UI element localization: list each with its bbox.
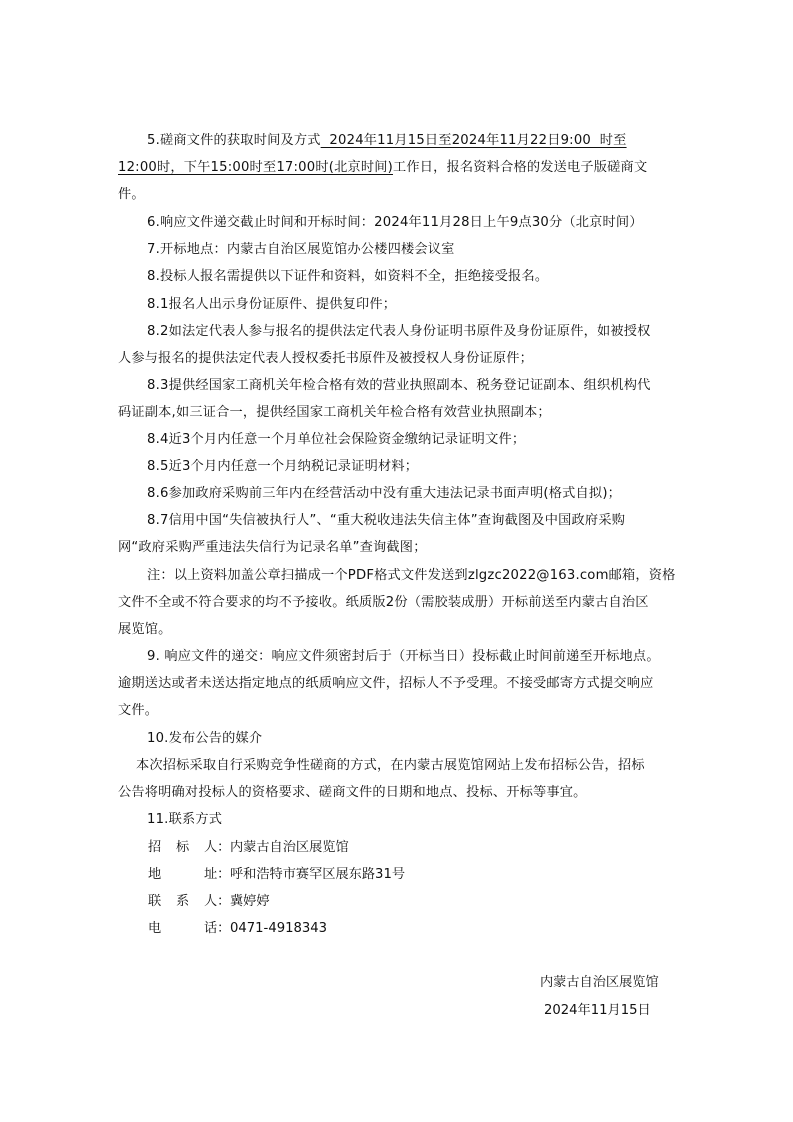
section-11-heading: 11.联系方式 (147, 810, 707, 830)
section-5-line-2: 12:00时，下午15:00时至17:00时(北京时间)工作日，报名资料合格的发… (118, 158, 678, 178)
contact-row-phone: 电话：0471-4918343 (148, 919, 327, 939)
section-8-5: 8.5近3个月内任意一个月纳税记录证明材料； (147, 457, 707, 477)
section-10-line-1: 本次招标采取自行采购竞争性磋商的方式，在内蒙古展览馆网站上发布招标公告，招标 (136, 756, 696, 776)
contact-label: 招标人： (148, 838, 230, 858)
section-5-line-3: 件。 (118, 185, 678, 205)
document-page: 5.磋商文件的获取时间及方式 2024年11月15日至2024年11月22日9:… (0, 0, 793, 1122)
section-5-underlined-times: 12:00时，下午15:00时至17:00时(北京时间) (118, 160, 393, 175)
section-5-rest: 工作日，报名资料合格的发送电子版磋商文 (393, 160, 647, 175)
section-5-line-1: 5.磋商文件的获取时间及方式 2024年11月15日至2024年11月22日9:… (147, 131, 707, 151)
section-8-1: 8.1报名人出示身份证原件、提供复印件； (147, 295, 707, 315)
section-7: 7.开标地点：内蒙古自治区展览馆办公楼四楼会议室 (147, 240, 707, 260)
contact-row-address: 地址：呼和浩特市赛罕区展东路31号 (148, 865, 405, 885)
contact-label: 联系人： (148, 892, 230, 912)
section-9-line-1: 9. 响应文件的递交：响应文件须密封后于（开标当日）投标截止时间前递至开标地点。 (147, 647, 707, 667)
section-10-line-2: 公告将明确对投标人的资格要求、磋商文件的日期和地点、投标、开标等事宜。 (118, 783, 678, 803)
section-8-7-line-2: 网“政府采购严重违法失信行为记录名单”查询截图； (118, 538, 678, 558)
contact-label: 地址： (148, 865, 230, 885)
section-10-heading: 10.发布公告的媒介 (147, 729, 707, 749)
contact-value-address: 呼和浩特市赛罕区展东路31号 (230, 867, 405, 882)
contact-row-bidder: 招标人：内蒙古自治区展览馆 (148, 838, 349, 858)
section-5-prefix: 5.磋商文件的获取时间及方式 (147, 133, 321, 148)
section-5-underlined-dates: 2024年11月15日至2024年11月22日9:00 时至 (321, 133, 627, 148)
section-8-2-line-1: 8.2如法定代表人参与报名的提供法定代表人身份证明书原件及身份证原件，如被授权 (147, 322, 707, 342)
section-8-6: 8.6参加政府采购前三年内在经营活动中没有重大违法记录书面声明(格式自拟)； (147, 484, 707, 504)
contact-value-phone: 0471-4918343 (230, 921, 327, 936)
contact-row-person: 联系人：冀婷婷 (148, 892, 270, 912)
section-8: 8.投标人报名需提供以下证件和资料，如资料不全，拒绝接受报名。 (147, 267, 707, 287)
section-9-line-2: 逾期送达或者未送达指定地点的纸质响应文件，招标人不予受理。不接受邮寄方式提交响应 (118, 674, 678, 694)
contact-value-person: 冀婷婷 (230, 894, 270, 909)
section-8-4: 8.4近3个月内任意一个月单位社会保险资金缴纳记录证明文件； (147, 430, 707, 450)
signature-date: 2024年11月15日 (544, 1001, 651, 1021)
signature-organization: 内蒙古自治区展览馆 (540, 973, 659, 993)
section-8-3-line-2: 码证副本,如三证合一，提供经国家工商机关年检合格有效营业执照副本； (118, 403, 678, 423)
section-6: 6.响应文件递交截止时间和开标时间：2024年11月28日上午9点30分（北京时… (147, 213, 707, 233)
section-8-3-line-1: 8.3提供经国家工商机关年检合格有效的营业执照副本、税务登记证副本、组织机构代 (147, 376, 707, 396)
section-9-line-3: 文件。 (118, 701, 678, 721)
section-8-2-line-2: 人参与报名的提供法定代表人授权委托书原件及被授权人身份证原件； (118, 349, 678, 369)
note-line-2: 文件不全或不符合要求的均不予接收。纸质版2份（需胶装成册）开标前送至内蒙古自治区 (118, 593, 678, 613)
note-line-3: 展览馆。 (118, 620, 678, 640)
note-line-1: 注：以上资料加盖公章扫描成一个PDF格式文件发送到zlgzc2022@163.c… (147, 566, 707, 586)
contact-value-bidder: 内蒙古自治区展览馆 (230, 840, 349, 855)
section-8-7-line-1: 8.7信用中国“失信被执行人”、“重大税收违法失信主体”查询截图及中国政府采购 (147, 511, 707, 531)
contact-label: 电话： (148, 919, 230, 939)
